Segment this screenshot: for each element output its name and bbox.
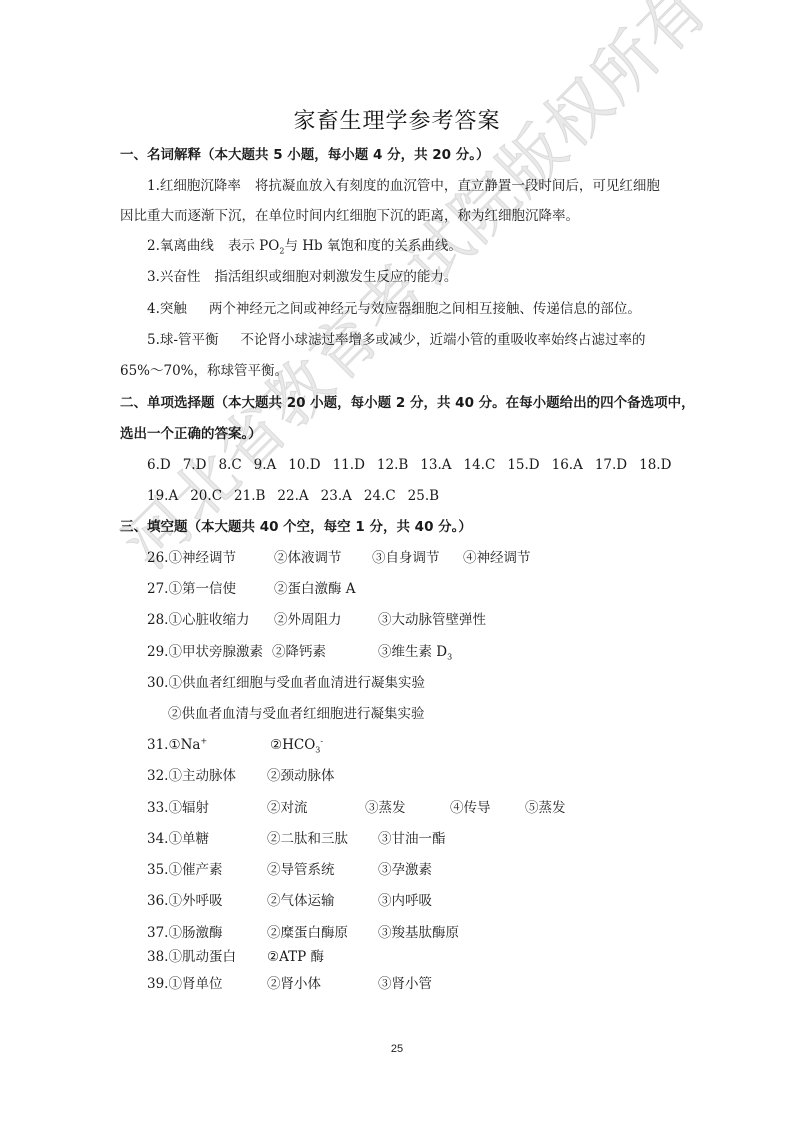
fill-answer-28-1: 28.①心脏收缩力 [147,611,249,629]
mc-answer: 9.A [254,456,277,474]
fill-answer-37-2: ②糜蛋白酶原 [267,924,348,942]
fill-answer-39-3: ③肾小管 [378,975,432,993]
definition-item-4: 4.突触两个神经元之间或神经元与效应器细胞之间相互接触、传递信息的部位。 [147,300,641,318]
fill-answer-30-1: 30.①供血者红细胞与受血者血清进行凝集实验 [147,674,425,692]
mc-answer: 16.A [552,456,583,474]
fill-answer-35-3: ③孕激素 [378,861,432,879]
fill-answer-29-1: 29.①甲状旁腺激素 [147,643,263,661]
definition-item-5-cont: 65%～70%，称球管平衡。 [120,362,288,380]
term: 1.红细胞沉降率 [147,178,241,194]
fill-answer-27-2: ②蛋白激酶 A [274,580,356,598]
section2-heading-cont: 选出一个正确的答案。） [120,425,262,443]
definition: 两个神经元之间或神经元与效应器细胞之间相互接触、传递信息的部位。 [209,301,641,317]
fill-answer-26-4: ④神经调节 [463,549,531,567]
term: 3.兴奋性 [147,269,200,285]
fill-answer-30-2: ②供血者血清与受血者红细胞进行凝集实验 [168,705,425,723]
fill-answer-38-2: ②ATP 酶 [267,948,324,966]
fill-answer-31-2: ②HCO3- [270,736,323,754]
fill-answer-33-2: ②对流 [267,799,308,817]
fill-answer-37-1: 37.①肠激酶 [147,924,222,942]
fill-answer-33-5: ⑤蒸发 [525,799,566,817]
definition-item-5: 5.球-管平衡不论肾小球滤过率增多或减少，近端小管的重吸收率始终占滤过率的 [147,331,645,349]
fill-answer-34-1: 34.①单糖 [147,830,209,848]
definition-item-1: 1.红细胞沉降率将抗凝血放入有刻度的血沉管中，直立静置一段时间后，可见红细胞 [147,177,660,195]
definition: 指活组织或细胞对刺激发生反应的能力。 [214,269,457,285]
definition: 将抗凝血放入有刻度的血沉管中，直立静置一段时间后，可见红细胞 [255,178,660,194]
definition-item-3: 3.兴奋性指活组织或细胞对刺激发生反应的能力。 [147,268,457,286]
definition-item-2: 2.氧离曲线表示 PO2与 Hb 氧饱和度的关系曲线。 [147,237,462,255]
mc-answer: 17.D [595,456,627,474]
fill-answer-28-2: ②外周阻力 [274,611,342,629]
term: 4.突触 [147,301,187,317]
page-title: 家畜生理学参考答案 [0,104,794,135]
mc-answer: 13.A [420,456,451,474]
fill-answer-26-2: ②体液调节 [274,549,342,567]
mc-answer: 21.B [234,487,265,505]
mc-answer: 10.D [288,456,320,474]
mc-answer: 6.D [147,456,171,474]
fill-answer-37-3: ③羧基肽酶原 [378,924,459,942]
fill-answer-31-1: 31.①Na+ [147,736,207,754]
fill-answer-26-3: ③自身调节 [372,549,440,567]
mc-answer: 18.D [639,456,671,474]
mc-answer: 22.A [277,487,308,505]
fill-answer-39-1: 39.①肾单位 [147,975,222,993]
mc-answer: 20.C [190,487,222,505]
fill-answer-36-2: ②气体运输 [267,892,335,910]
mc-answer: 24.C [364,487,396,505]
fill-answer-29-2: ②降钙素 [272,643,326,661]
definition: 不论肾小球滤过率增多或减少，近端小管的重吸收率始终占滤过率的 [240,332,645,348]
fill-answer-33-1: 33.①辐射 [147,799,209,817]
mc-answer: 19.A [147,487,178,505]
section1-heading: 一、名词解释（本大题共 5 小题，每小题 4 分，共 20 分。） [120,146,490,164]
fill-answer-33-3: ③蒸发 [365,799,406,817]
section3-heading: 三、填空题（本大题共 40 个空，每空 1 分，共 40 分。） [120,518,472,536]
term: 5.球-管平衡 [147,332,218,348]
fill-answer-32-2: ②颈动脉体 [267,767,335,785]
fill-answer-34-3: ③甘油一酯 [378,830,446,848]
mc-answer: 23.A [321,487,352,505]
page-number: 25 [0,1043,794,1055]
fill-answer-35-1: 35.①催产素 [147,861,222,879]
fill-answer-33-4: ④传导 [450,799,491,817]
fill-answer-36-3: ③内呼吸 [378,892,432,910]
mc-answers-row-1: 6.D7.D8.C9.A10.D11.D12.B13.A14.C15.D16.A… [147,456,683,474]
section2-heading: 二、单项选择题（本大题共 20 小题，每小题 2 分，共 40 分。在每小题给出… [120,394,695,412]
fill-answer-35-2: ②导管系统 [267,861,335,879]
definition-item-1-cont: 因比重大而逐渐下沉，在单位时间内红细胞下沉的距离，称为红细胞沉降率。 [120,207,579,225]
mc-answer: 15.D [507,456,539,474]
fill-answer-39-2: ②肾小体 [267,975,321,993]
mc-answer: 7.D [183,456,207,474]
term: 2.氧离曲线 [147,238,214,254]
fill-answer-32-1: 32.①主动脉体 [147,767,236,785]
mc-answer: 11.D [333,456,365,474]
fill-answer-36-1: 36.①外呼吸 [147,892,222,910]
fill-answer-28-3: ③大动脉管壁弹性 [378,611,486,629]
mc-answers-row-2: 19.A20.C21.B22.A23.A24.C25.B [147,487,451,505]
fill-answer-38-1: 38.①肌动蛋白 [147,948,236,966]
mc-answer: 12.B [377,456,408,474]
fill-answer-27-1: 27.①第一信使 [147,580,236,598]
mc-answer: 8.C [218,456,241,474]
fill-answer-29-3: ③维生素 D3 [378,643,452,661]
fill-answer-34-2: ②二肽和三肽 [267,830,348,848]
mc-answer: 25.B [408,487,439,505]
mc-answer: 14.C [464,456,496,474]
fill-answer-26-1: 26.①神经调节 [147,549,236,567]
